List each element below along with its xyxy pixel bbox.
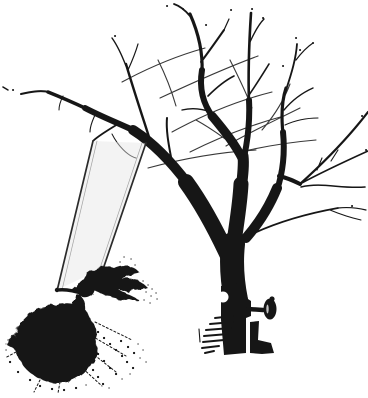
boot-at-trunk [250,321,274,354]
twig [90,113,96,132]
twig [285,118,318,125]
girl-body [7,266,147,383]
twig [250,19,264,42]
valve-wheel [264,299,277,320]
middle-stem [242,13,269,166]
branch-segment [48,92,87,109]
steps-rail [199,329,200,342]
bare-tree [3,4,368,355]
branch-segment [249,13,251,102]
girl-left-hand [55,288,59,292]
twig [160,56,258,98]
twig [249,64,269,95]
branch-tip [174,4,190,16]
wheel-axle [248,309,263,310]
twig [201,30,224,62]
branch-tip [300,112,368,184]
branch-tip [338,208,366,210]
twig [286,44,297,90]
twig [296,43,313,60]
wheel-highlight [266,305,268,314]
branch-tip [301,185,365,187]
wheel-knob [269,296,274,301]
branch-segment [186,182,228,256]
branch-segment [277,132,284,190]
twig [208,76,234,96]
branch-tip-mark [3,87,8,90]
branch-segment [190,14,202,72]
right-fan-branches [252,112,368,234]
trunk-notch [218,292,229,303]
branch-tip [21,91,49,94]
billowing-dress [15,304,97,383]
upper-left-stem [174,4,243,160]
twig [158,60,176,106]
twig [224,19,229,30]
branch-tip [330,210,361,220]
twig [226,108,300,146]
swing-tree-illustration: A girl with wind-blown hair and a billow… [0,0,368,398]
twig [284,88,313,110]
twig [112,38,126,66]
wind-blown-hair [83,266,147,301]
illustration-canvas: A girl with wind-blown hair and a billow… [0,0,368,398]
twig [128,44,138,70]
